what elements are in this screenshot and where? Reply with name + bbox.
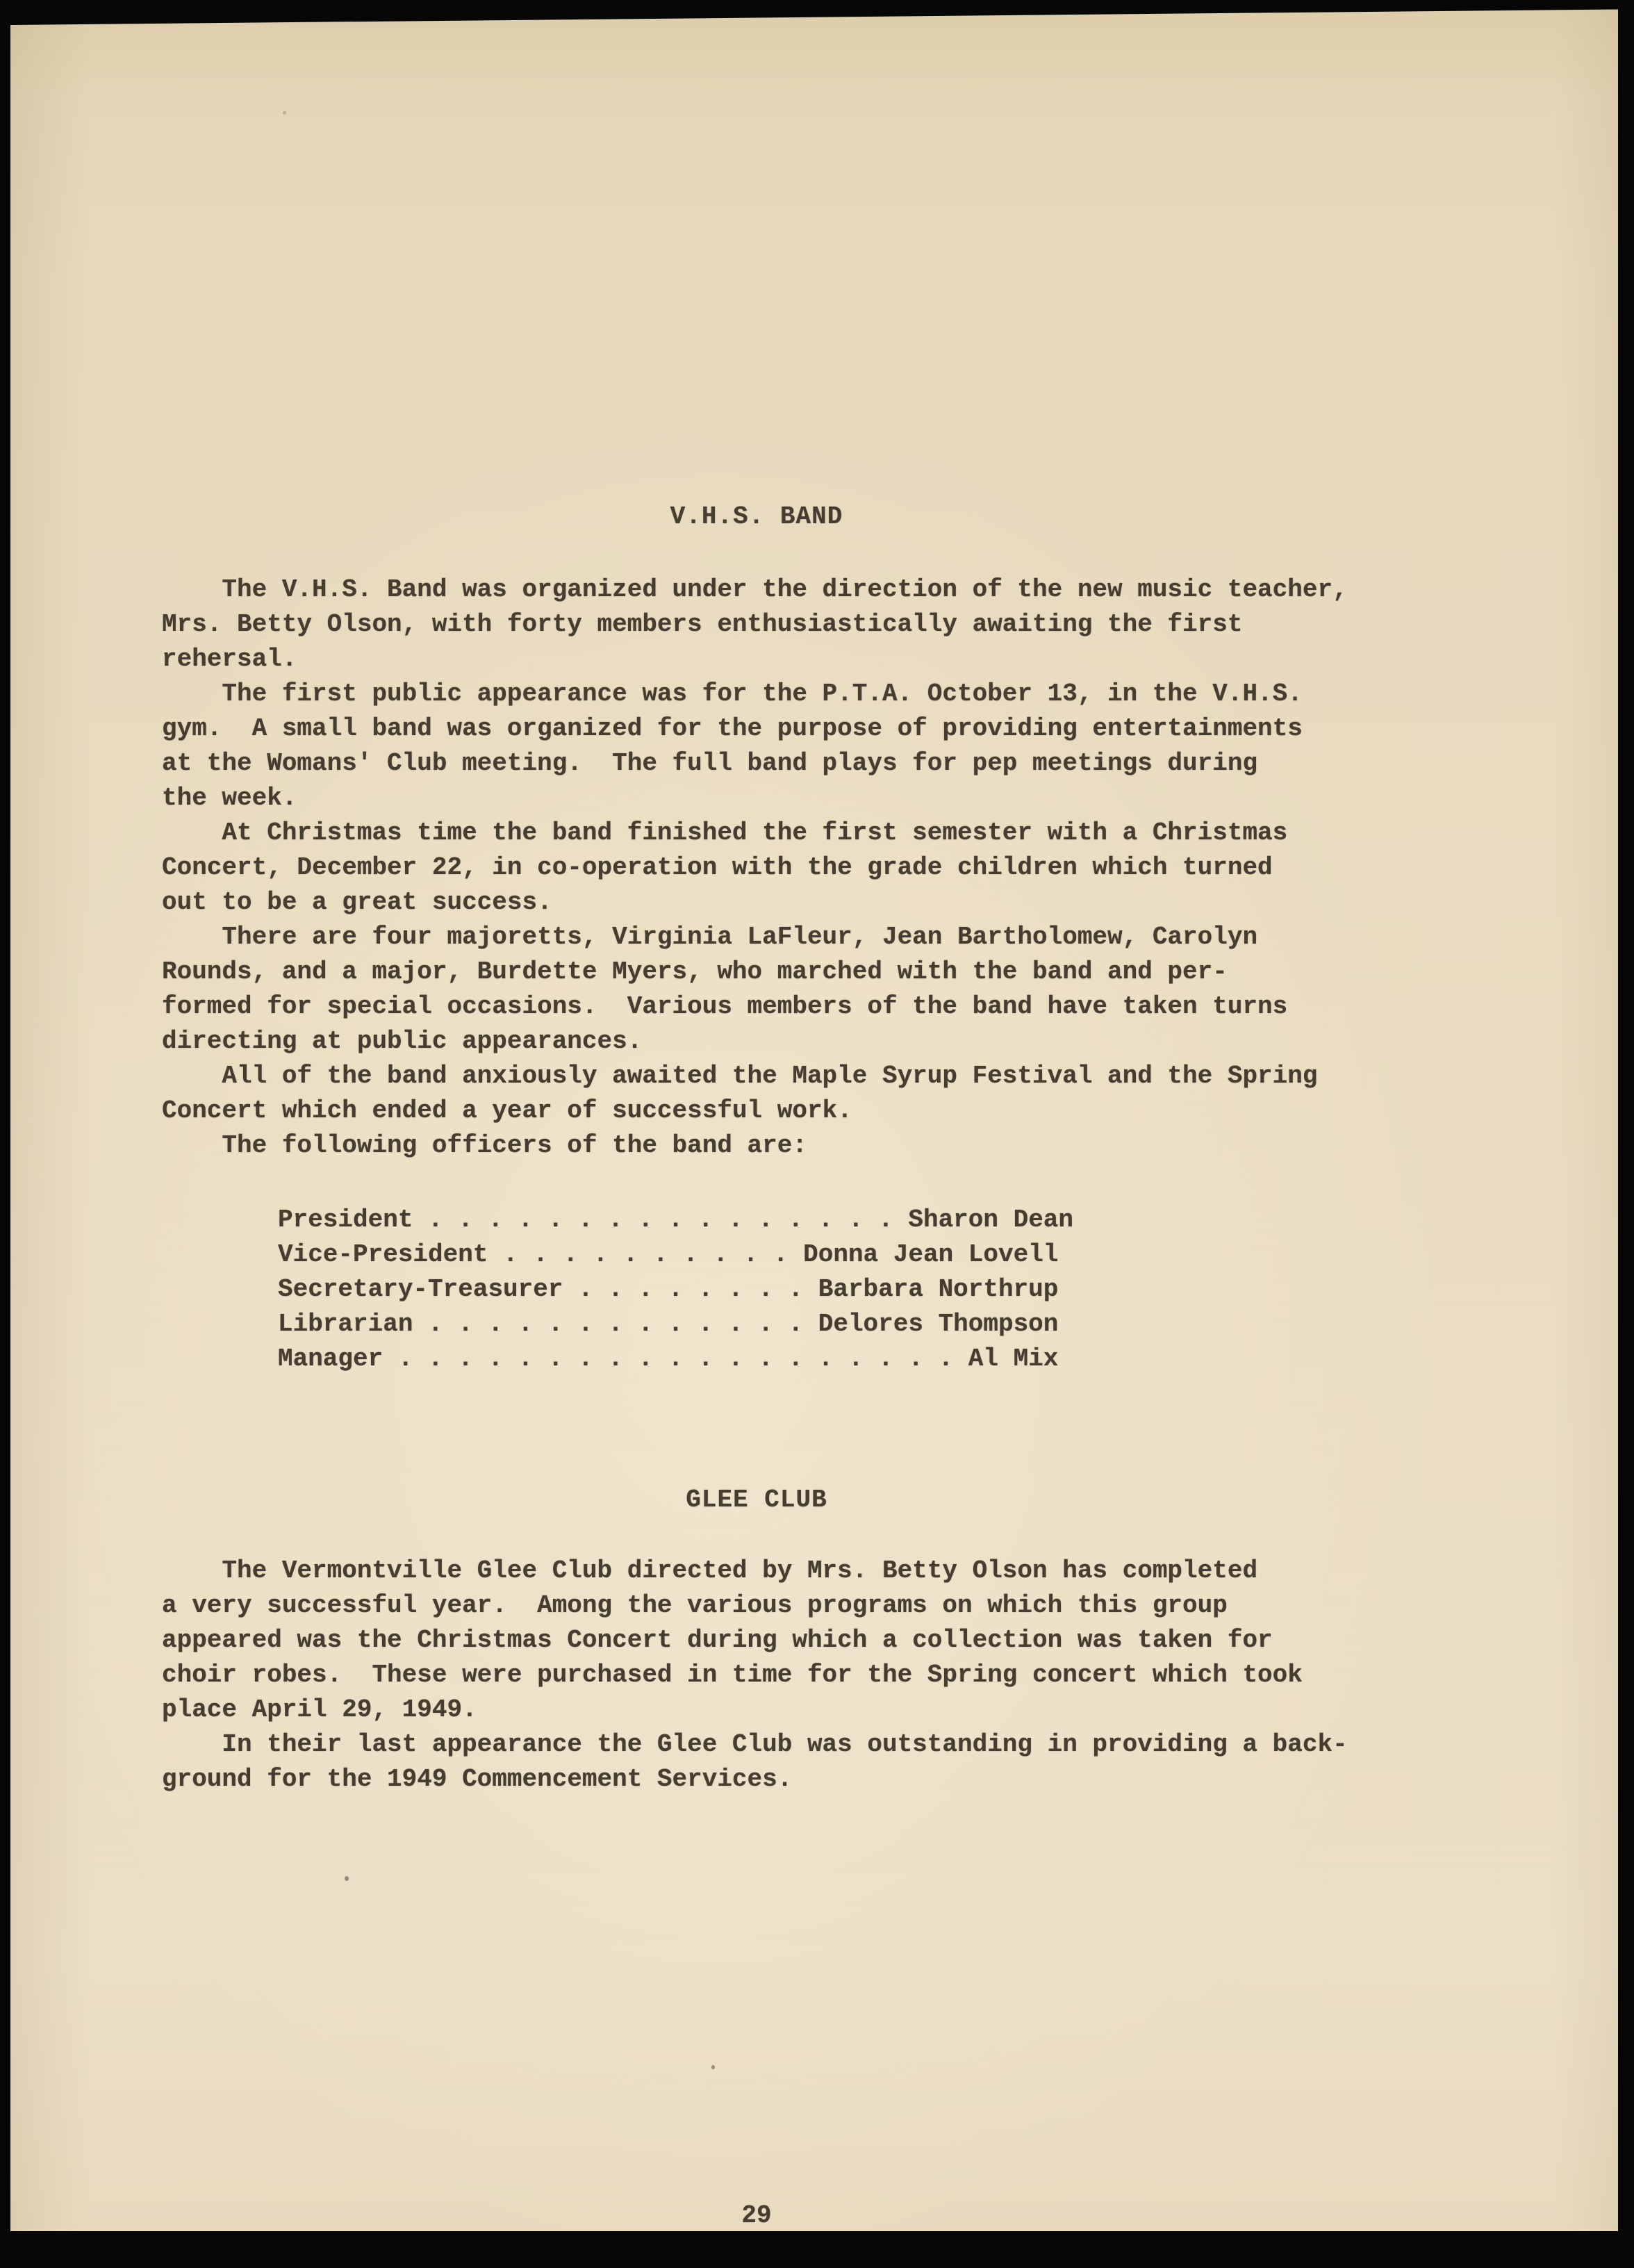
officer-row: Manager . . . . . . . . . . . . . . . . … — [278, 1342, 1251, 1377]
text-line: a very successful year. Among the variou… — [162, 1588, 1351, 1623]
officer-name: Donna Jean Lovell — [803, 1240, 1058, 1269]
text-line: place April 29, 1949. — [162, 1693, 1351, 1727]
text-line: The following officers of the band are: — [162, 1128, 1351, 1163]
text-line: The first public appearance was for the … — [162, 677, 1351, 712]
text-line: All of the band anxiously awaited the Ma… — [162, 1059, 1351, 1094]
officer-row: Vice-President . . . . . . . . . . Donna… — [278, 1238, 1251, 1272]
text-line: The V.H.S. Band was organized under the … — [162, 573, 1351, 607]
text-line: In their last appearance the Glee Club w… — [162, 1727, 1351, 1762]
officer-name: Barbara Northrup — [818, 1275, 1059, 1304]
text-line: rehersal. — [162, 642, 1351, 677]
text-line: At Christmas time the band finished the … — [162, 816, 1351, 850]
officer-role: President — [278, 1206, 413, 1234]
text-line: at the Womans' Club meeting. The full ba… — [162, 746, 1351, 781]
glee-section-paragraphs: The Vermontville Glee Club directed by M… — [162, 1554, 1351, 1797]
dot-leader: . . . . . . . . . . . . . . . . . . . — [383, 1345, 968, 1373]
dot-leader: . . . . . . . . — [563, 1275, 818, 1304]
officer-role: Secretary-Treasurer — [278, 1275, 563, 1304]
dot-leader: . . . . . . . . . . — [488, 1240, 803, 1269]
band-section-paragraphs: The V.H.S. Band was organized under the … — [162, 573, 1351, 1163]
officer-name: Delores Thompson — [818, 1310, 1059, 1338]
text-line: Rounds, and a major, Burdette Myers, who… — [162, 955, 1351, 989]
text-line: There are four majoretts, Virginia LaFle… — [162, 920, 1351, 955]
officer-role: Manager — [278, 1345, 383, 1373]
officer-name: Al Mix — [968, 1345, 1059, 1373]
officer-role: Vice-President — [278, 1240, 488, 1269]
officer-row: President . . . . . . . . . . . . . . . … — [278, 1203, 1251, 1238]
officer-row: Secretary-Treasurer . . . . . . . . Barb… — [278, 1272, 1251, 1307]
text-line: choir robes. These were purchased in tim… — [162, 1658, 1351, 1693]
scanned-yearbook-page: V.H.S. BAND The V.H.S. Band was organize… — [0, 0, 1634, 2268]
band-officers-list: President . . . . . . . . . . . . . . . … — [278, 1203, 1251, 1377]
text-line: The Vermontville Glee Club directed by M… — [162, 1554, 1351, 1588]
text-line: gym. A small band was organized for the … — [162, 712, 1351, 746]
dot-leader: . . . . . . . . . . . . . — [413, 1310, 818, 1338]
text-line: out to be a great success. — [162, 885, 1351, 920]
text-line: appeared was the Christmas Concert durin… — [162, 1623, 1351, 1658]
text-line: Concert which ended a year of successful… — [162, 1094, 1351, 1128]
text-line: ground for the 1949 Commencement Service… — [162, 1762, 1351, 1797]
text-line: the week. — [162, 781, 1351, 816]
glee-section-title: GLEE CLUB — [162, 1483, 1351, 1518]
dust-speck — [345, 1876, 349, 1881]
page-number: 29 — [162, 2199, 1351, 2233]
paper-sheet: V.H.S. BAND The V.H.S. Band was organize… — [10, 8, 1618, 2231]
officer-name: Sharon Dean — [908, 1206, 1073, 1234]
typewritten-text-block: V.H.S. BAND The V.H.S. Band was organize… — [162, 8, 1351, 2231]
text-line: Concert, December 22, in co-operation wi… — [162, 850, 1351, 885]
dust-speck — [711, 2065, 715, 2069]
officer-role: Librarian — [278, 1310, 413, 1338]
text-line: formed for special occasions. Various me… — [162, 989, 1351, 1024]
text-line: Mrs. Betty Olson, with forty members ent… — [162, 607, 1351, 642]
dust-speck — [283, 111, 286, 115]
band-section-title: V.H.S. BAND — [162, 500, 1351, 534]
officer-row: Librarian . . . . . . . . . . . . . Delo… — [278, 1307, 1251, 1342]
dot-leader: . . . . . . . . . . . . . . . . — [413, 1206, 908, 1234]
text-line: directing at public appearances. — [162, 1024, 1351, 1059]
